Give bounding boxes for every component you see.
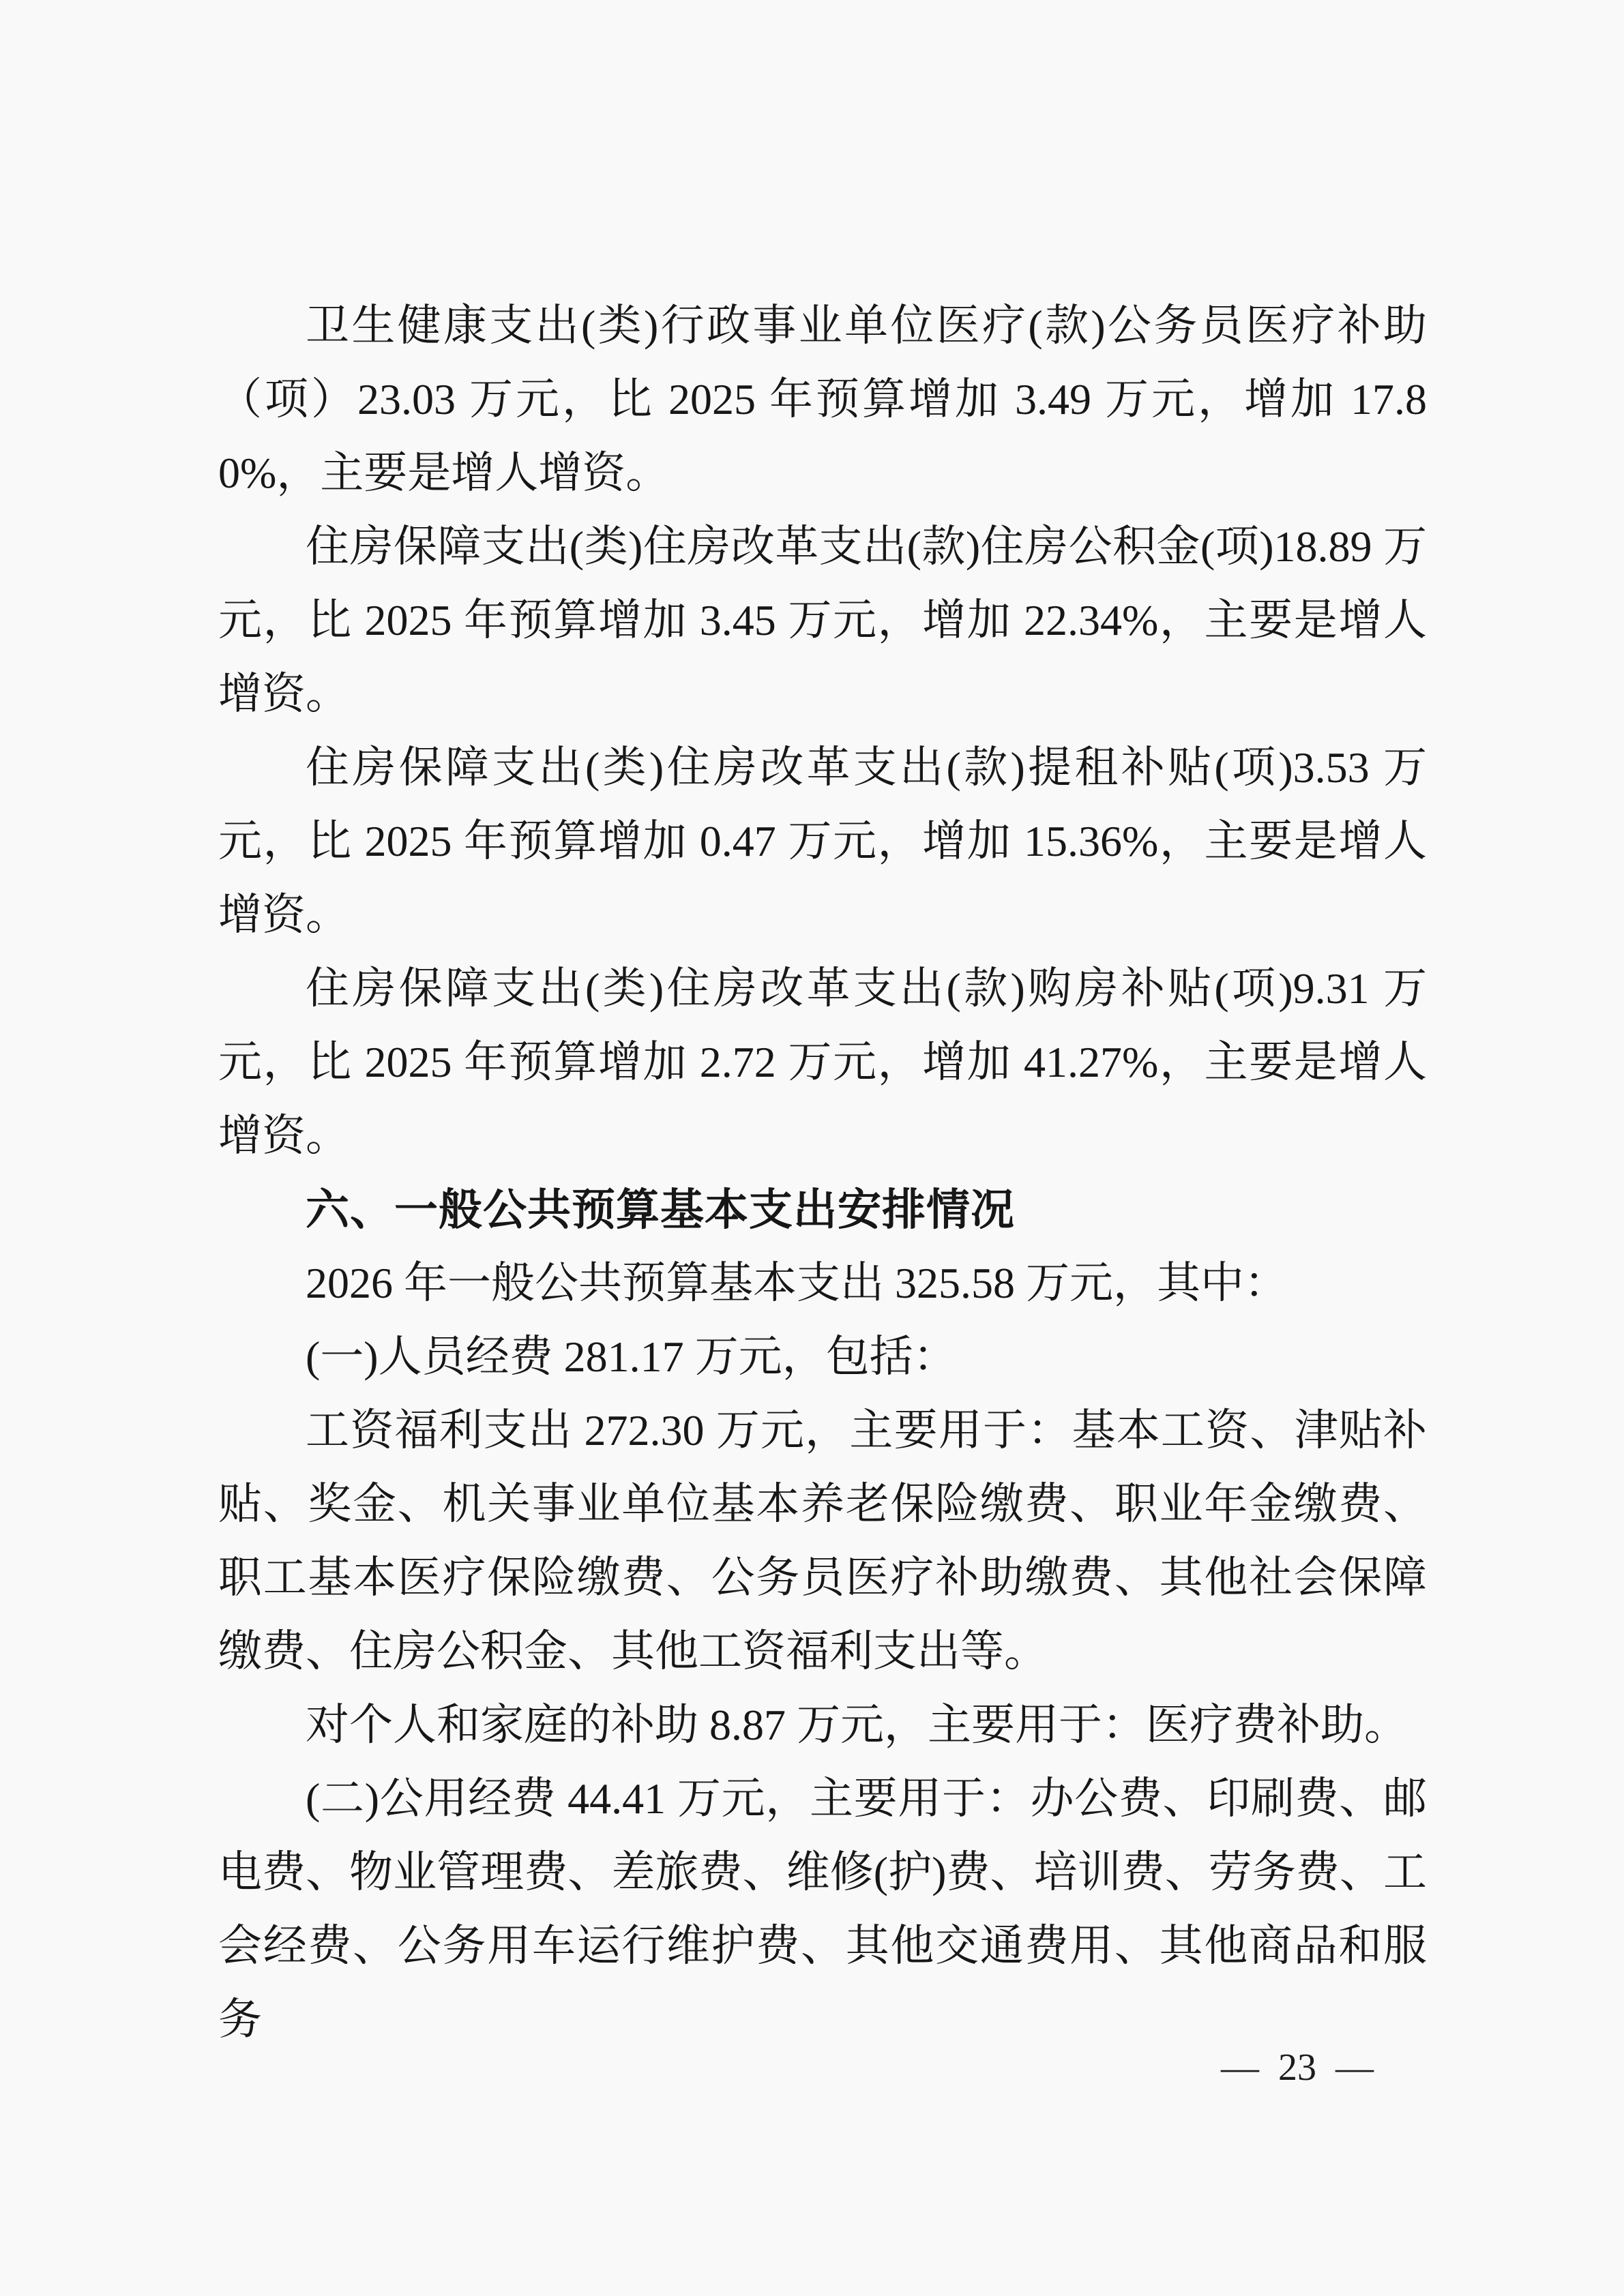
para-rent-increase-subsidy: 住房保障支出(类)住房改革支出(款)提租补贴(项)3.53 万元，比 2025 … <box>218 731 1427 952</box>
para-individual-family-subsidy: 对个人和家庭的补助 8.87 万元，主要用于：医疗费补助。 <box>218 1688 1427 1762</box>
document-page: 卫生健康支出(类)行政事业单位医疗(款)公务员医疗补助（项）23.03 万元，比… <box>0 0 1624 2296</box>
para-house-purchase-subsidy: 住房保障支出(类)住房改革支出(款)购房补贴(项)9.31 万元，比 2025 … <box>218 952 1427 1173</box>
para-salary-welfare-expenditure: 工资福利支出 272.30 万元，主要用于：基本工资、津贴补贴、奖金、机关事业单… <box>218 1394 1427 1688</box>
para-health-expenditure-civil-servant-medical-subsidy: 卫生健康支出(类)行政事业单位医疗(款)公务员医疗补助（项）23.03 万元，比… <box>218 289 1427 510</box>
para-2026-basic-expenditure-total: 2026 年一般公共预算基本支出 325.58 万元，其中： <box>218 1247 1427 1320</box>
para-personnel-expense: (一)人员经费 281.17 万元，包括： <box>218 1320 1427 1394</box>
document-body: 卫生健康支出(类)行政事业单位医疗(款)公务员医疗补助（项）23.03 万元，比… <box>218 289 1427 2057</box>
page-number: — 23 — <box>1221 2047 1374 2088</box>
para-housing-provident-fund: 住房保障支出(类)住房改革支出(款)住房公积金(项)18.89 万元，比 202… <box>218 510 1427 731</box>
section-heading-basic-expenditure-arrangement: 六、一般公共预算基本支出安排情况 <box>218 1173 1427 1247</box>
para-public-expense: (二)公用经费 44.41 万元，主要用于：办公费、印刷费、邮电费、物业管理费、… <box>218 1762 1427 2057</box>
